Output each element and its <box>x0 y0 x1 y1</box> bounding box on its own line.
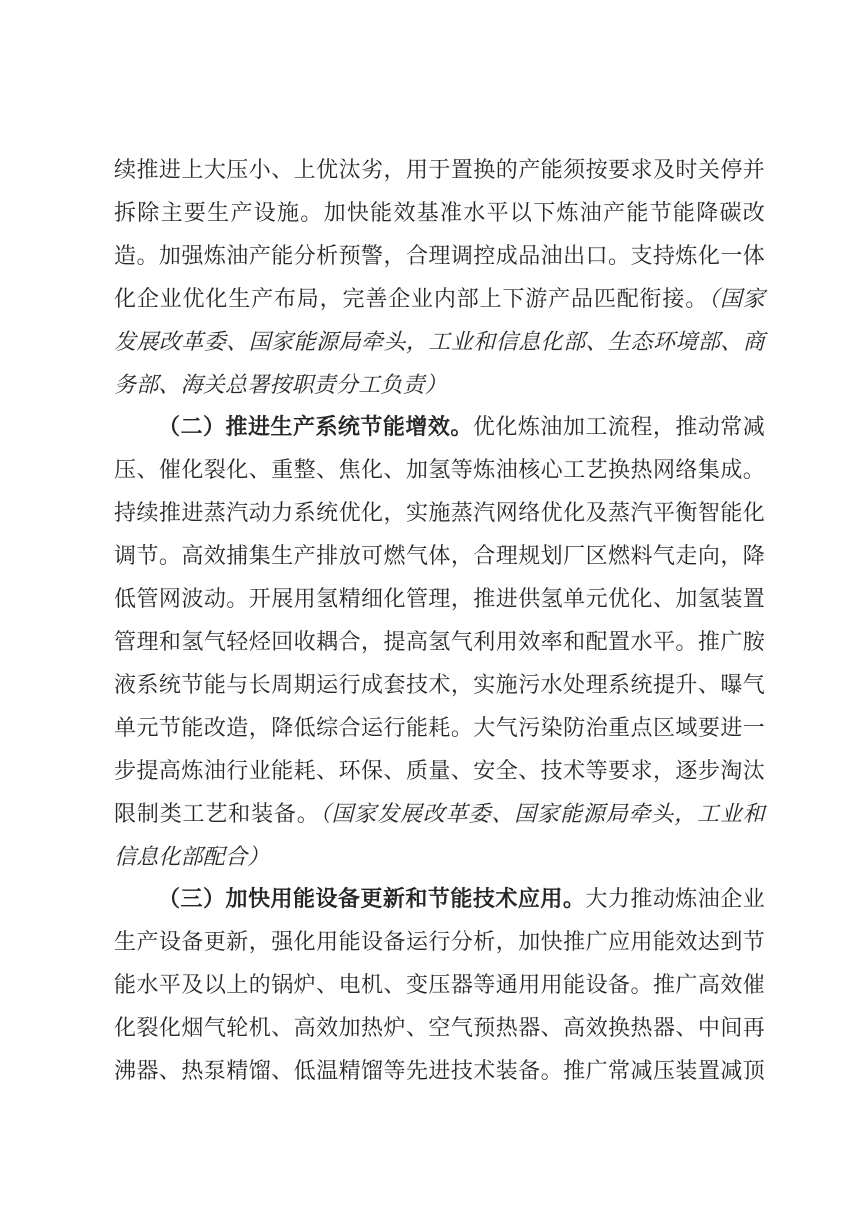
text-line: 管理和氢气轻烃回收耦合，提高氢气利用效率和配置水平。推广胺 <box>114 621 765 664</box>
text-line: 化企业优化生产布局，完善企业内部上下游产品匹配衔接。（国家 <box>114 278 765 321</box>
text-segment-bold: （三）加快用能设备更新和节能技术应用。 <box>158 886 585 911</box>
text-segment-kai: 务部、海关总署按职责分工负责） <box>114 372 447 397</box>
text-line: 拆除主要生产设施。加快能效基准水平以下炼油产能节能降碳改 <box>114 192 765 235</box>
text-line: （二）推进生产系统节能增效。优化炼油加工流程，推动常减 <box>114 406 765 449</box>
text-segment-body: 能水平及以上的锅炉、电机、变压器等通用用能设备。推广高效催 <box>114 972 765 997</box>
text-segment-bold: （二）推进生产系统节能增效。 <box>158 414 473 439</box>
document-page: 续推进上大压小、上优汰劣，用于置换的产能须按要求及时关停并拆除主要生产设施。加快… <box>0 0 868 1227</box>
text-segment-kai: （国家发展改革委、国家能源局牵头，工业和 <box>320 801 765 826</box>
text-segment-body: 压、催化裂化、重整、焦化、加氢等炼油核心工艺换热网络集成。 <box>114 457 765 482</box>
text-segment-body: 沸器、热泵精馏、低温精馏等先进技术装备。推广常减压装置减顶 <box>114 1058 765 1083</box>
text-line: 沸器、热泵精馏、低温精馏等先进技术装备。推广常减压装置减顶 <box>114 1050 765 1093</box>
text-segment-body: 化裂化烟气轮机、高效加热炉、空气预热器、高效换热器、中间再 <box>114 1015 765 1040</box>
document-body: 续推进上大压小、上优汰劣，用于置换的产能须按要求及时关停并拆除主要生产设施。加快… <box>114 149 765 1093</box>
text-segment-body: 调节。高效捕集生产排放可燃气体，合理规划厂区燃料气走向，降 <box>114 543 765 568</box>
text-segment-body: 拆除主要生产设施。加快能效基准水平以下炼油产能节能降碳改 <box>114 200 765 225</box>
text-line: 持续推进蒸汽动力系统优化，实施蒸汽网络优化及蒸汽平衡智能化 <box>114 492 765 535</box>
text-line: 造。加强炼油产能分析预警，合理调控成品油出口。支持炼化一体 <box>114 235 765 278</box>
text-line: 续推进上大压小、上优汰劣，用于置换的产能须按要求及时关停并 <box>114 149 765 192</box>
text-line: 压、催化裂化、重整、焦化、加氢等炼油核心工艺换热网络集成。 <box>114 449 765 492</box>
text-line: 化裂化烟气轮机、高效加热炉、空气预热器、高效换热器、中间再 <box>114 1007 765 1050</box>
text-segment-body: 持续推进蒸汽动力系统优化，实施蒸汽网络优化及蒸汽平衡智能化 <box>114 500 765 525</box>
text-line: 限制类工艺和装备。（国家发展改革委、国家能源局牵头，工业和 <box>114 793 765 836</box>
text-segment-body: 限制类工艺和装备。 <box>114 801 320 826</box>
text-segment-body: 单元节能改造，降低综合运行能耗。大气污染防治重点区域要进一 <box>114 715 765 740</box>
text-line: （三）加快用能设备更新和节能技术应用。大力推动炼油企业 <box>114 878 765 921</box>
text-line: 单元节能改造，降低综合运行能耗。大气污染防治重点区域要进一 <box>114 707 765 750</box>
text-segment-kai: 信息化部配合） <box>114 844 269 869</box>
text-line: 发展改革委、国家能源局牵头，工业和信息化部、生态环境部、商 <box>114 321 765 364</box>
text-line: 务部、海关总署按职责分工负责） <box>114 364 765 407</box>
text-segment-body: 步提高炼油行业能耗、环保、质量、安全、技术等要求，逐步淘汰 <box>114 758 765 783</box>
text-segment-body: 大力推动炼油企业 <box>585 886 765 911</box>
text-segment-body: 生产设备更新，强化用能设备运行分析，加快推广应用能效达到节 <box>114 929 765 954</box>
text-line: 低管网波动。开展用氢精细化管理，推进供氢单元优化、加氢装置 <box>114 578 765 621</box>
text-segment-body: 化企业优化生产布局，完善企业内部上下游产品匹配衔接。 <box>114 286 708 311</box>
text-segment-body: 液系统节能与长周期运行成套技术，实施污水处理系统提升、曝气 <box>114 672 765 697</box>
text-line: 步提高炼油行业能耗、环保、质量、安全、技术等要求，逐步淘汰 <box>114 750 765 793</box>
text-segment-body: 造。加强炼油产能分析预警，合理调控成品油出口。支持炼化一体 <box>114 243 765 268</box>
text-segment-body: 低管网波动。开展用氢精细化管理，推进供氢单元优化、加氢装置 <box>114 586 765 611</box>
text-line: 信息化部配合） <box>114 836 765 879</box>
text-segment-body: 优化炼油加工流程，推动常减 <box>473 414 765 439</box>
text-line: 能水平及以上的锅炉、电机、变压器等通用用能设备。推广高效催 <box>114 964 765 1007</box>
text-line: 调节。高效捕集生产排放可燃气体，合理规划厂区燃料气走向，降 <box>114 535 765 578</box>
text-segment-kai: 发展改革委、国家能源局牵头，工业和信息化部、生态环境部、商 <box>114 329 765 354</box>
text-segment-body: 管理和氢气轻烃回收耦合，提高氢气利用效率和配置水平。推广胺 <box>114 629 765 654</box>
text-segment-kai: （国家 <box>708 286 765 311</box>
text-line: 生产设备更新，强化用能设备运行分析，加快推广应用能效达到节 <box>114 921 765 964</box>
text-segment-body: 续推进上大压小、上优汰劣，用于置换的产能须按要求及时关停并 <box>114 157 765 182</box>
text-line: 液系统节能与长周期运行成套技术，实施污水处理系统提升、曝气 <box>114 664 765 707</box>
